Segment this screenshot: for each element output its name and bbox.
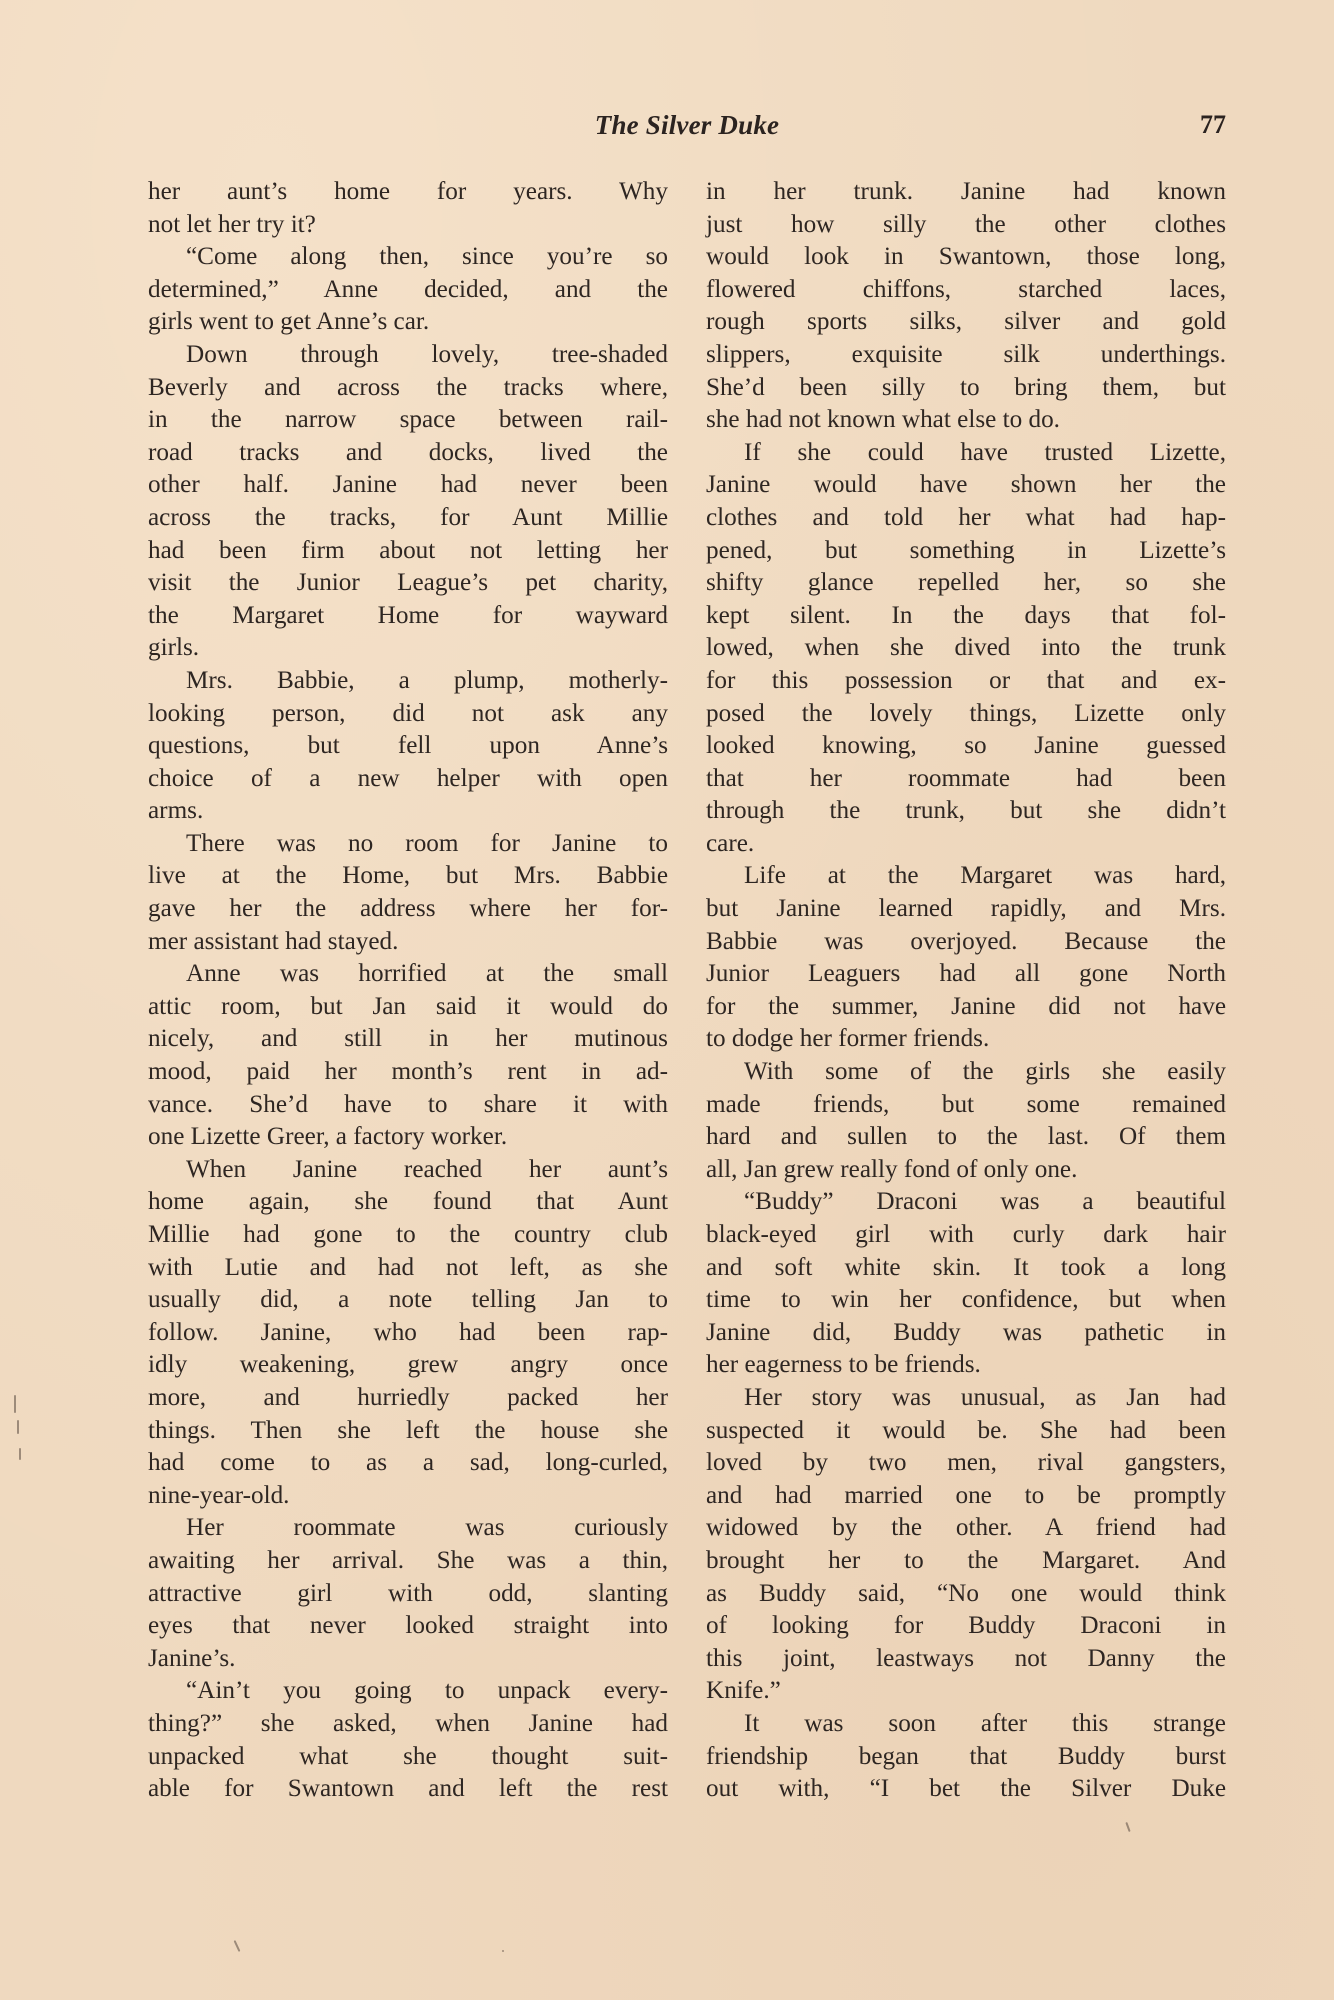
text-line: one Lizette Greer, a factory worker. xyxy=(148,1121,668,1154)
text-line: questions, but fell upon Anne’s xyxy=(148,730,668,763)
text-line: attractive girl with odd, slanting xyxy=(148,1578,668,1611)
text-line: nine-year-old. xyxy=(148,1480,668,1513)
text-line: her eagerness to be friends. xyxy=(706,1349,1226,1382)
text-line: Janine did, Buddy was pathetic in xyxy=(706,1317,1226,1350)
text-line: in the narrow space between rail- xyxy=(148,404,668,437)
text-line: unpacked what she thought suit- xyxy=(148,1741,668,1774)
text-line: nicely, and still in her mutinous xyxy=(148,1023,668,1056)
text-line: slippers, exquisite silk underthings. xyxy=(706,339,1226,372)
text-line: loved by two men, rival gangsters, xyxy=(706,1447,1226,1480)
text-line: “Buddy” Draconi was a beautiful xyxy=(706,1186,1226,1219)
text-line: flowered chiffons, starched laces, xyxy=(706,274,1226,307)
text-line: With some of the girls she easily xyxy=(706,1056,1226,1089)
text-line: girls. xyxy=(148,632,668,665)
text-line: Mrs. Babbie, a plump, motherly- xyxy=(148,665,668,698)
text-line: pened, but something in Lizette’s xyxy=(706,535,1226,568)
text-line: clothes and told her what had hap- xyxy=(706,502,1226,535)
text-line: Babbie was overjoyed. Because the xyxy=(706,926,1226,959)
text-line: hard and sullen to the last. Of them xyxy=(706,1121,1226,1154)
text-line: for this possession or that and ex- xyxy=(706,665,1226,698)
paper-speck xyxy=(1125,1822,1130,1832)
text-line: thing?” she asked, when Janine had xyxy=(148,1708,668,1741)
page-number: 77 xyxy=(1200,110,1226,140)
text-line: she had not known what else to do. xyxy=(706,404,1226,437)
text-line: mer assistant had stayed. xyxy=(148,926,668,959)
text-line: black-eyed girl with curly dark hair xyxy=(706,1219,1226,1252)
text-line: arms. xyxy=(148,795,668,828)
text-line: not let her try it? xyxy=(148,209,668,242)
text-line: widowed by the other. A friend had xyxy=(706,1512,1226,1545)
text-line: She’d been silly to bring them, but xyxy=(706,372,1226,405)
text-line: friendship began that Buddy burst xyxy=(706,1741,1226,1774)
text-line: brought her to the Margaret. And xyxy=(706,1545,1226,1578)
running-head: The Silver Duke 77 xyxy=(148,110,1226,150)
text-line: Her roommate was curiously xyxy=(148,1512,668,1545)
paper-speck xyxy=(17,1420,19,1434)
text-line: rough sports silks, silver and gold xyxy=(706,306,1226,339)
text-line: just how silly the other clothes xyxy=(706,209,1226,242)
text-line: “Come along then, since you’re so xyxy=(148,241,668,274)
text-line: and had married one to be promptly xyxy=(706,1480,1226,1513)
text-line: to dodge her former friends. xyxy=(706,1023,1226,1056)
text-line: would look in Swantown, those long, xyxy=(706,241,1226,274)
book-page: The Silver Duke 77 her aunt’s home for y… xyxy=(0,0,1334,2000)
text-line: shifty glance repelled her, so she xyxy=(706,567,1226,600)
text-line: of looking for Buddy Draconi in xyxy=(706,1610,1226,1643)
text-line: When Janine reached her aunt’s xyxy=(148,1154,668,1187)
text-line: but Janine learned rapidly, and Mrs. xyxy=(706,893,1226,926)
paper-speck xyxy=(19,1448,21,1460)
text-line: suspected it would be. She had been xyxy=(706,1415,1226,1448)
text-line: out with, “I bet the Silver Duke xyxy=(706,1773,1226,1806)
text-line: choice of a new helper with open xyxy=(148,763,668,796)
text-line: as Buddy said, “No one would think xyxy=(706,1578,1226,1611)
text-line: looking person, did not ask any xyxy=(148,698,668,731)
text-line: usually did, a note telling Jan to xyxy=(148,1284,668,1317)
text-line: posed the lovely things, Lizette only xyxy=(706,698,1226,731)
text-line: road tracks and docks, lived the xyxy=(148,437,668,470)
running-title: The Silver Duke xyxy=(148,110,1226,141)
text-line: for the summer, Janine did not have xyxy=(706,991,1226,1024)
text-line: live at the Home, but Mrs. Babbie xyxy=(148,860,668,893)
text-line: determined,” Anne decided, and the xyxy=(148,274,668,307)
text-line: and soft white skin. It took a long xyxy=(706,1252,1226,1285)
text-line: “Ain’t you going to unpack every- xyxy=(148,1675,668,1708)
text-column-left: her aunt’s home for years. Whynot let he… xyxy=(148,176,668,1806)
text-line: eyes that never looked straight into xyxy=(148,1610,668,1643)
text-line: all, Jan grew really fond of only one. xyxy=(706,1154,1226,1187)
text-line: able for Swantown and left the rest xyxy=(148,1773,668,1806)
text-line: Junior Leaguers had all gone North xyxy=(706,958,1226,991)
text-line: other half. Janine had never been xyxy=(148,469,668,502)
text-line: care. xyxy=(706,828,1226,861)
text-line: her aunt’s home for years. Why xyxy=(148,176,668,209)
text-line: across the tracks, for Aunt Millie xyxy=(148,502,668,535)
text-line: vance. She’d have to share it with xyxy=(148,1089,668,1122)
text-line: home again, she found that Aunt xyxy=(148,1186,668,1219)
text-line: things. Then she left the house she xyxy=(148,1415,668,1448)
text-line: this joint, leastways not Danny the xyxy=(706,1643,1226,1676)
text-line: mood, paid her month’s rent in ad- xyxy=(148,1056,668,1089)
text-line: gave her the address where her for- xyxy=(148,893,668,926)
text-line: Anne was horrified at the small xyxy=(148,958,668,991)
text-line: in her trunk. Janine had known xyxy=(706,176,1226,209)
text-line: the Margaret Home for wayward xyxy=(148,600,668,633)
text-line: There was no room for Janine to xyxy=(148,828,668,861)
text-line: that her roommate had been xyxy=(706,763,1226,796)
text-line: It was soon after this strange xyxy=(706,1708,1226,1741)
text-line: Millie had gone to the country club xyxy=(148,1219,668,1252)
text-line: visit the Junior League’s pet charity, xyxy=(148,567,668,600)
paper-speck xyxy=(502,1950,504,1952)
text-line: through the trunk, but she didn’t xyxy=(706,795,1226,828)
text-line: Her story was unusual, as Jan had xyxy=(706,1382,1226,1415)
text-column-right: in her trunk. Janine had knownjust how s… xyxy=(706,176,1226,1806)
text-line: attic room, but Jan said it would do xyxy=(148,991,668,1024)
text-line: Beverly and across the tracks where, xyxy=(148,372,668,405)
text-line: more, and hurriedly packed her xyxy=(148,1382,668,1415)
text-line: Janine’s. xyxy=(148,1643,668,1676)
text-line: If she could have trusted Lizette, xyxy=(706,437,1226,470)
text-line: had been firm about not letting her xyxy=(148,535,668,568)
text-line: time to win her confidence, but when xyxy=(706,1284,1226,1317)
text-line: lowed, when she dived into the trunk xyxy=(706,632,1226,665)
text-line: Janine would have shown her the xyxy=(706,469,1226,502)
text-line: with Lutie and had not left, as she xyxy=(148,1252,668,1285)
text-line: girls went to get Anne’s car. xyxy=(148,306,668,339)
text-line: made friends, but some remained xyxy=(706,1089,1226,1122)
text-line: kept silent. In the days that fol- xyxy=(706,600,1226,633)
text-line: awaiting her arrival. She was a thin, xyxy=(148,1545,668,1578)
paper-speck xyxy=(14,1395,16,1413)
text-line: idly weakening, grew angry once xyxy=(148,1349,668,1382)
text-line: Down through lovely, tree-shaded xyxy=(148,339,668,372)
paper-speck xyxy=(234,1940,241,1952)
text-line: looked knowing, so Janine guessed xyxy=(706,730,1226,763)
text-line: Knife.” xyxy=(706,1675,1226,1708)
text-line: follow. Janine, who had been rap- xyxy=(148,1317,668,1350)
text-line: Life at the Margaret was hard, xyxy=(706,860,1226,893)
text-line: had come to as a sad, long-curled, xyxy=(148,1447,668,1480)
